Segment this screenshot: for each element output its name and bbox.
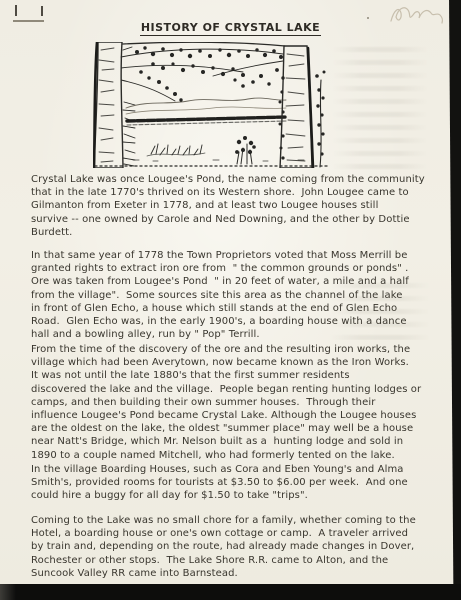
scan-edge-bottom (0, 584, 461, 600)
page-title: HISTORY OF CRYSTAL LAKE (140, 21, 321, 36)
paragraph-iron-ore: In that same year of 1778 the Town Propr… (31, 249, 445, 341)
paragraph-lougees-pond: Crystal Lake was once Lougee's Pond, the… (31, 173, 445, 239)
page-title-row: HISTORY OF CRYSTAL LAKE (0, 16, 461, 36)
paragraph-boarding-houses: In the village Boarding Houses, such as … (31, 463, 445, 503)
scan-mark-tick-right (41, 6, 43, 16)
paragraph-coming-to-lake: Coming to the Lake was no small chore fo… (31, 514, 445, 580)
scan-edge-right (448, 0, 461, 600)
paragraph-summer-residents: From the time of the discovery of the or… (31, 343, 445, 462)
lake-illustration (93, 42, 330, 168)
scanned-document-page: HISTORY OF CRYSTAL LAKE (0, 0, 461, 600)
scan-mark-tick-left (15, 5, 17, 16)
bleed-through-ghost-text (332, 44, 428, 174)
